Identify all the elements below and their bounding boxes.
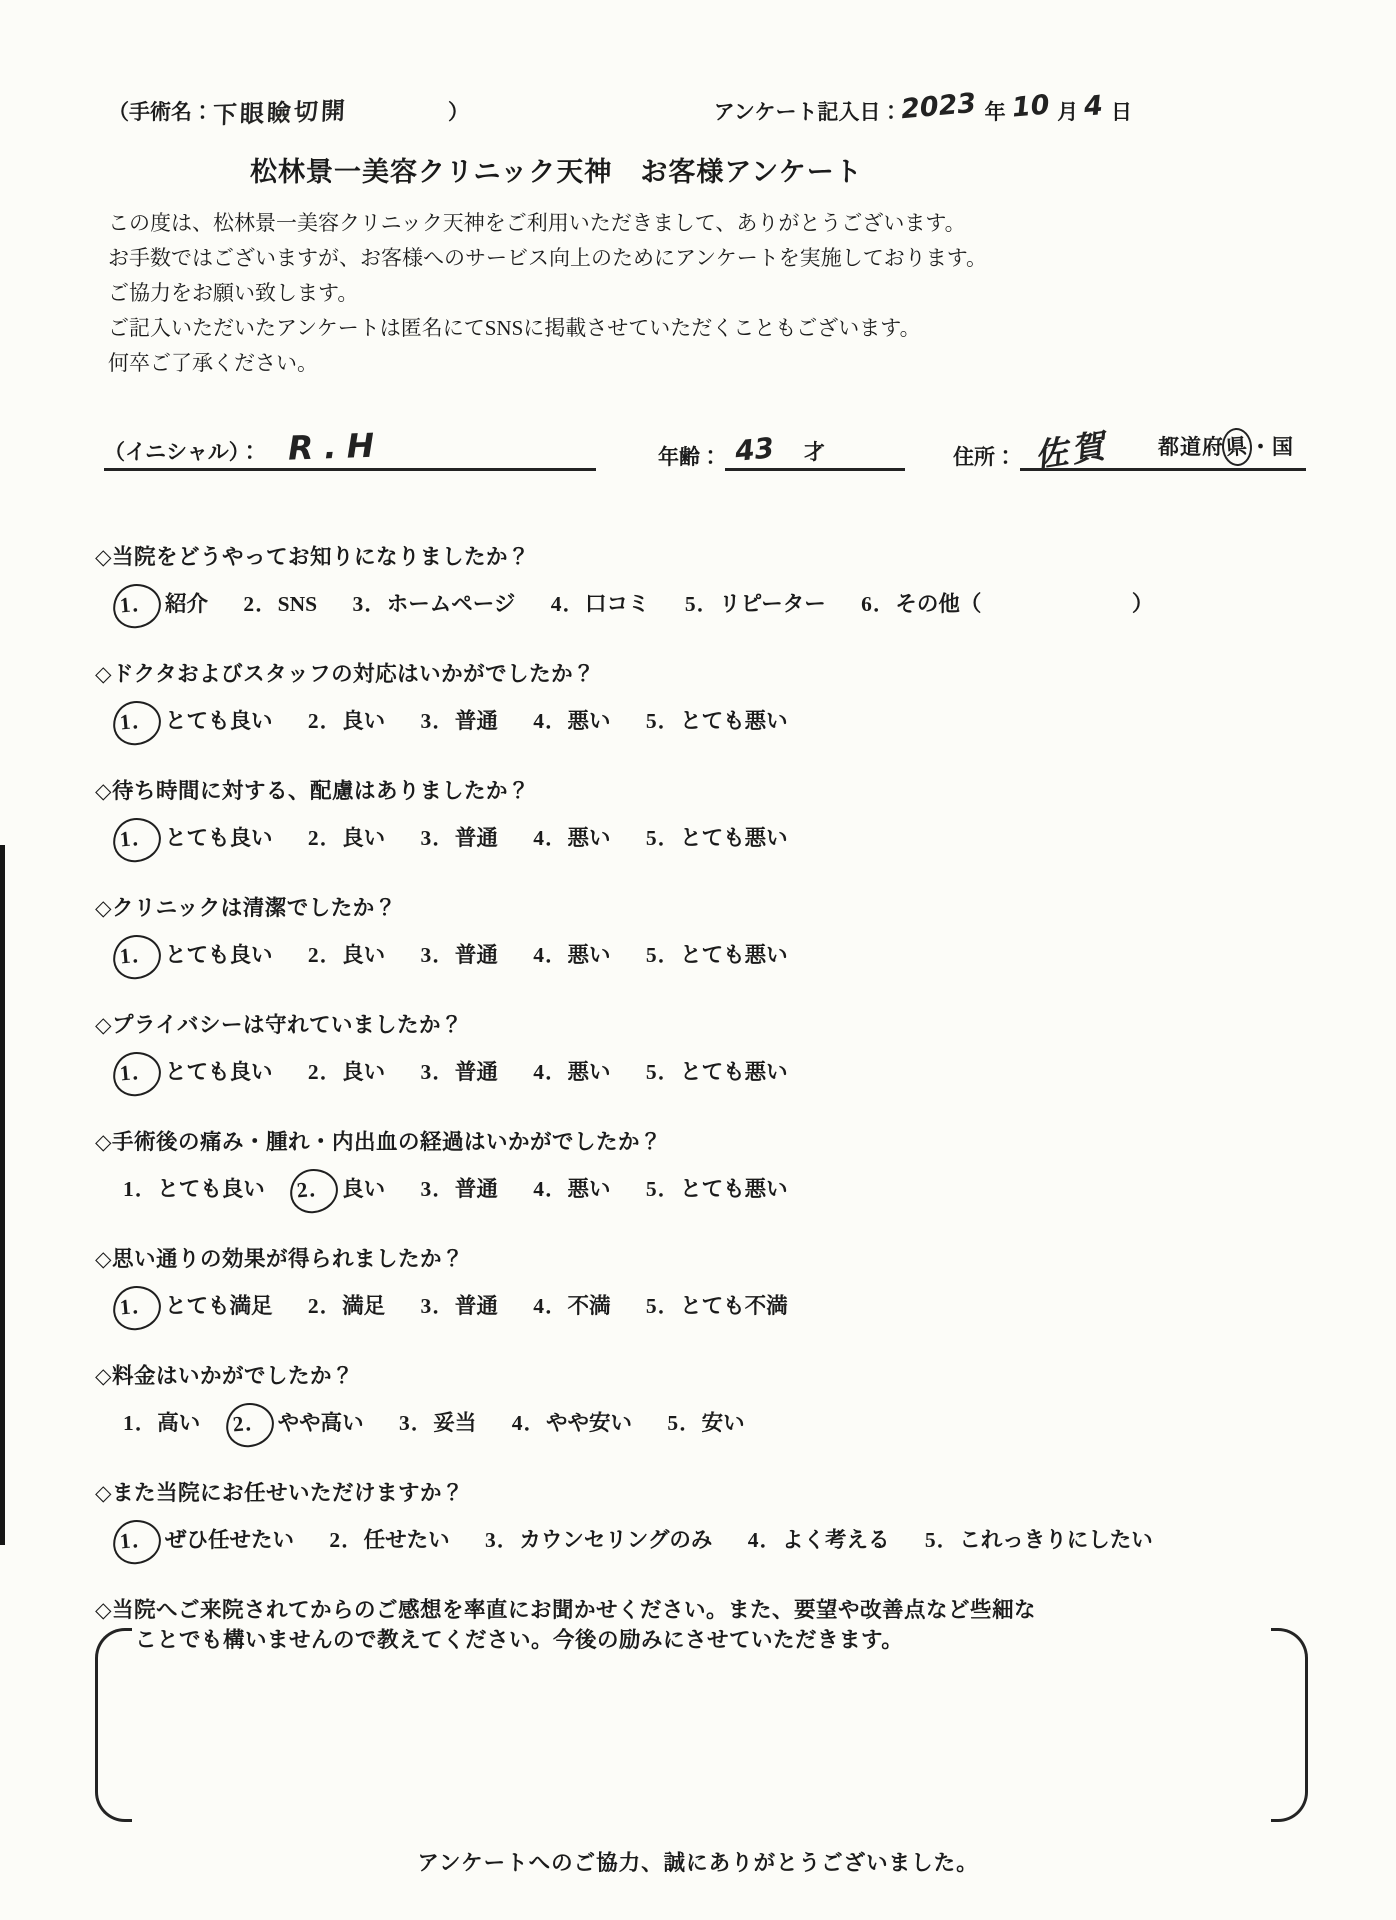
question-prompt: ◇手術後の痛み・腫れ・内出血の経過はいかがでしたか？: [95, 1127, 1336, 1157]
option: 2．満足: [308, 1294, 385, 1318]
survey-document: （手術名： 下眼瞼切開 ） アンケート記入日： 2023 年 10 月 4 日 …: [0, 0, 1396, 1920]
option-label: 妥当: [433, 1411, 476, 1435]
address-label: 住所：: [953, 441, 1016, 471]
question-block-1: ◇当院をどうやってお知りになりましたか？ 1．紹介 2．SNS 3．ホームページ…: [95, 542, 1336, 626]
option-number: 3．: [421, 933, 455, 977]
page-title: 松林景一美容クリニック天神 お客様アンケート: [250, 150, 863, 189]
address-handwritten-value: 佐賀: [1031, 420, 1111, 478]
option: 1．とても良い: [123, 943, 273, 967]
option-number: 3．: [421, 1284, 455, 1328]
option-number: 1．: [111, 816, 163, 864]
option-number: 5．: [646, 1284, 680, 1328]
date-year-unit: 年: [985, 96, 1006, 126]
option-number: 1．: [111, 1050, 163, 1098]
option: 5．とても悪い: [646, 1060, 788, 1084]
intro-paragraph: この度は、松林景一美容クリニック天神をご利用いただきまして、ありがとうございます…: [108, 206, 987, 381]
option: 1．とても良い: [123, 1177, 265, 1201]
survey-date-field: アンケート記入日： 2023 年 10 月 4 日: [714, 96, 1138, 126]
question-prompt: ◇当院をどうやってお知りになりましたか？: [95, 542, 1336, 572]
option-number: 5．: [925, 1518, 959, 1562]
question-block-5: ◇プライバシーは守れていましたか？ 1．とても良い 2．良い 3．普通 4．悪い…: [95, 1010, 1336, 1094]
date-day-unit: 日: [1111, 96, 1132, 126]
option-label: 安い: [702, 1411, 745, 1435]
date-month-unit: 月: [1057, 96, 1078, 126]
option-label: 良い: [342, 1177, 385, 1201]
option-number: 5．: [646, 699, 680, 743]
question-options: 1．ぜひ任せたい 2．任せたい 3．カウンセリングのみ 4．よく考える 5．これ…: [123, 1518, 1336, 1562]
date-day-handwritten: 4: [1083, 90, 1104, 123]
option: 4．悪い: [533, 1177, 610, 1201]
surgery-label-open: （手術名：: [108, 96, 213, 126]
option-number: 2．: [308, 933, 342, 977]
option: 2．良い: [308, 826, 385, 850]
scan-edge-artifact: [0, 845, 5, 1545]
question-options: 1．とても良い 2．良い 3．普通 4．悪い 5．とても悪い: [123, 1050, 1336, 1094]
option: 2．良い: [308, 1060, 385, 1084]
option-number: 1．: [111, 699, 163, 747]
option: 3．普通: [421, 709, 498, 733]
question-block-2: ◇ドクタおよびスタッフの対応はいかがでしたか？ 1．とても良い 2．良い 3．普…: [95, 659, 1336, 743]
option: 4．悪い: [533, 826, 610, 850]
option: 3．普通: [421, 1060, 498, 1084]
surgery-name-field: （手術名： 下眼瞼切開 ）: [108, 96, 469, 128]
option-label: 悪い: [567, 1177, 610, 1201]
comment-question-line1: ◇当院へご来院されてからのご感想を率直にお聞かせください。また、要望や改善点など…: [95, 1595, 1336, 1625]
address-blank: 佐賀 都道府県・国: [1020, 428, 1306, 471]
option: 5．とても悪い: [646, 1177, 788, 1201]
option-number: 2．: [308, 816, 342, 860]
surgery-label-close: ）: [448, 96, 469, 126]
option: 3．ホームページ: [352, 592, 515, 616]
option: 2．良い: [308, 709, 385, 733]
option: 1．ぜひ任せたい: [123, 1528, 294, 1552]
option-number: 1．: [111, 933, 163, 981]
option-number: 2．: [308, 1284, 342, 1328]
option: 2．良い: [308, 943, 385, 967]
option-label: 口コミ: [585, 592, 650, 616]
option-label: とても悪い: [680, 1060, 788, 1084]
option-number: 4．: [533, 816, 567, 860]
option-number: 4．: [551, 582, 585, 626]
option-number: 3．: [421, 1050, 455, 1094]
option-label: とても良い: [165, 826, 273, 850]
question-prompt: ◇料金はいかがでしたか？: [95, 1361, 1336, 1391]
option-label: 普通: [455, 1060, 498, 1084]
option-number: 4．: [533, 699, 567, 743]
question-options: 1．とても良い 2．良い 3．普通 4．悪い 5．とても悪い: [123, 816, 1336, 860]
option-number: 1．: [123, 1401, 157, 1445]
option-label: 悪い: [567, 1060, 610, 1084]
option-label: やや安い: [546, 1411, 632, 1435]
surgery-handwritten-value: 下眼瞼切開: [212, 91, 348, 131]
option: 3．普通: [421, 1177, 498, 1201]
option-label: とても良い: [165, 1060, 273, 1084]
intro-line: お手数ではございますが、お客様へのサービス向上のためにアンケートを実施しておりま…: [108, 241, 987, 276]
option-label: よく考える: [782, 1528, 890, 1552]
surgery-blank: 下眼瞼切開: [213, 96, 448, 128]
address-field: 住所： 佐賀 都道府県・国: [953, 428, 1306, 471]
option-number: 2．: [288, 1167, 340, 1215]
option: 4．やや安い: [512, 1411, 632, 1435]
age-blank: 43 才: [725, 436, 905, 471]
option-label: とても悪い: [680, 943, 788, 967]
left-bracket: [95, 1628, 132, 1822]
option-number: 1．: [111, 582, 163, 630]
option: 2．良い: [300, 1177, 385, 1201]
option-label: 普通: [455, 826, 498, 850]
option-label: カウンセリングのみ: [519, 1528, 712, 1552]
option-number: 4．: [512, 1401, 546, 1445]
option-label: 悪い: [567, 826, 610, 850]
option: 4．悪い: [533, 943, 610, 967]
option-number: 6．: [861, 582, 895, 626]
right-bracket: [1271, 1628, 1308, 1822]
question-block-7: ◇思い通りの効果が得られましたか？ 1．とても満足 2．満足 3．普通 4．不満…: [95, 1244, 1336, 1328]
option-number: 5．: [685, 582, 719, 626]
option: 1．とても良い: [123, 1060, 273, 1084]
option-label: SNS: [278, 592, 317, 616]
option: 1．とても満足: [123, 1294, 273, 1318]
option-label: 満足: [342, 1294, 385, 1318]
option: 5．リピーター: [685, 592, 826, 616]
option-number: 4．: [533, 1167, 567, 1211]
question-options: 1．とても良い 2．良い 3．普通 4．悪い 5．とても悪い: [123, 699, 1336, 743]
option-label: 悪い: [567, 709, 610, 733]
age-unit: 才: [804, 436, 825, 466]
option-label: 良い: [342, 826, 385, 850]
question-options: 1．とても良い 2．良い 3．普通 4．悪い 5．とても悪い: [123, 1167, 1336, 1211]
option: 1．とても良い: [123, 709, 273, 733]
date-month-handwritten: 10: [1010, 89, 1050, 123]
option-number: 5．: [646, 816, 680, 860]
option: 4．悪い: [533, 1060, 610, 1084]
option-label: 紹介: [165, 592, 208, 616]
question-block-9: ◇また当院にお任せいただけますか？ 1．ぜひ任せたい 2．任せたい 3．カウンセ…: [95, 1478, 1336, 1562]
question-prompt: ◇ドクタおよびスタッフの対応はいかがでしたか？: [95, 659, 1336, 689]
option-label: とても良い: [165, 943, 273, 967]
date-label: アンケート記入日：: [714, 96, 902, 126]
date-year-handwritten: 2023: [900, 88, 978, 125]
option-number: 2．: [308, 699, 342, 743]
option-number: 4．: [533, 1284, 567, 1328]
option-label: 不満: [567, 1294, 610, 1318]
option-label: 普通: [455, 1294, 498, 1318]
option-label: ホームページ: [387, 592, 516, 616]
option-number: 2．: [243, 582, 277, 626]
option-number: 2．: [308, 1050, 342, 1094]
option-label: 良い: [342, 943, 385, 967]
option-number: 5．: [646, 933, 680, 977]
option-label: 良い: [342, 1060, 385, 1084]
option-number: 4．: [748, 1518, 782, 1562]
option-number: 3．: [421, 699, 455, 743]
option-label: 任せたい: [364, 1528, 450, 1552]
profile-row: （イニシャル）： R.H 年齢： 43 才 住所： 佐賀 都道府県・国: [104, 428, 1306, 471]
age-handwritten-value: 43: [733, 431, 775, 468]
option-label: とても良い: [157, 1177, 265, 1201]
option: 1．高い: [123, 1411, 200, 1435]
option-label: 普通: [455, 943, 498, 967]
option-label: とても悪い: [680, 1177, 788, 1201]
option: 4．口コミ: [551, 592, 650, 616]
option-number: 4．: [533, 933, 567, 977]
option: 4．不満: [533, 1294, 610, 1318]
option-label: これっきりにしたい: [959, 1528, 1153, 1552]
option-number: 3．: [421, 1167, 455, 1211]
option-number: 1．: [123, 1167, 157, 1211]
option-label: とても悪い: [680, 826, 788, 850]
option-label: とても不満: [680, 1294, 788, 1318]
option: 5．とても悪い: [646, 943, 788, 967]
option-number: 2．: [224, 1401, 276, 1449]
option: 2．SNS: [243, 592, 317, 616]
question-prompt: ◇クリニックは清潔でしたか？: [95, 893, 1336, 923]
option-number: 5．: [646, 1167, 680, 1211]
question-block-6: ◇手術後の痛み・腫れ・内出血の経過はいかがでしたか？ 1．とても良い 2．良い …: [95, 1127, 1336, 1211]
option: 3．カウンセリングのみ: [485, 1528, 712, 1552]
intro-line: ご協力をお願い致します。: [108, 276, 987, 311]
option: 1．とても良い: [123, 826, 273, 850]
option-label: ぜひ任せたい: [165, 1528, 294, 1552]
option-number: 1．: [111, 1518, 163, 1566]
option: 5．とても不満: [646, 1294, 788, 1318]
option-number: 5．: [667, 1401, 701, 1445]
region-circled-kanji: 県: [1221, 427, 1254, 467]
option-number: 2．: [329, 1518, 363, 1562]
age-field: 年齢： 43 才: [658, 436, 905, 471]
option: 3．普通: [421, 1294, 498, 1318]
question-prompt: ◇思い通りの効果が得られましたか？: [95, 1244, 1336, 1274]
option: 5．とても悪い: [646, 709, 788, 733]
option: 3．普通: [421, 943, 498, 967]
question-options: 1．とても良い 2．良い 3．普通 4．悪い 5．とても悪い: [123, 933, 1336, 977]
question-prompt: ◇また当院にお任せいただけますか？: [95, 1478, 1336, 1508]
option-label: 普通: [455, 709, 498, 733]
option: 2．任せたい: [329, 1528, 449, 1552]
option: 4．悪い: [533, 709, 610, 733]
option-label: 高い: [157, 1411, 200, 1435]
question-list: ◇当院をどうやってお知りになりましたか？ 1．紹介 2．SNS 3．ホームページ…: [95, 542, 1336, 1688]
option-label: リピーター: [719, 592, 826, 616]
option: 6．その他（ ）: [861, 592, 1153, 616]
option-label: 普通: [455, 1177, 498, 1201]
option: 3．普通: [421, 826, 498, 850]
option: 3．妥当: [399, 1411, 476, 1435]
question-options: 1．とても満足 2．満足 3．普通 4．不満 5．とても不満: [123, 1284, 1336, 1328]
option: 1．紹介: [123, 592, 208, 616]
option-number: 4．: [533, 1050, 567, 1094]
option-label: やや高い: [278, 1411, 364, 1435]
question-options: 1．紹介 2．SNS 3．ホームページ 4．口コミ 5．リピーター 6．その他（…: [123, 582, 1336, 626]
question-block-8: ◇料金はいかがでしたか？ 1．高い 2．やや高い 3．妥当 4．やや安い 5．安…: [95, 1361, 1336, 1445]
option-number: 3．: [485, 1518, 519, 1562]
initial-field: （イニシャル）： R.H: [104, 435, 596, 471]
option: 2．やや高い: [236, 1411, 364, 1435]
header-row: （手術名： 下眼瞼切開 ） アンケート記入日： 2023 年 10 月 4 日: [108, 96, 1138, 128]
age-label: 年齢：: [658, 441, 721, 471]
question-prompt: ◇プライバシーは守れていましたか？: [95, 1010, 1336, 1040]
question-options: 1．高い 2．やや高い 3．妥当 4．やや安い 5．安い: [123, 1401, 1336, 1445]
initial-handwritten-value: R.H: [288, 425, 385, 467]
question-block-3: ◇待ち時間に対する、配慮はありましたか？ 1．とても良い 2．良い 3．普通 4…: [95, 776, 1336, 860]
option: 5．安い: [667, 1411, 744, 1435]
initial-label: （イニシャル）：: [104, 436, 260, 466]
option-number: 3．: [352, 582, 386, 626]
option-label: とても悪い: [680, 709, 788, 733]
option-label: 良い: [342, 709, 385, 733]
region-label: 都道府県・国: [1158, 428, 1294, 466]
option-number: 3．: [421, 816, 455, 860]
intro-line: 何卒ご了承ください。: [108, 346, 987, 381]
option-label: とても満足: [165, 1294, 273, 1318]
option-number: 1．: [111, 1284, 163, 1332]
question-block-4: ◇クリニックは清潔でしたか？ 1．とても良い 2．良い 3．普通 4．悪い 5．…: [95, 893, 1336, 977]
option-label: とても良い: [165, 709, 273, 733]
intro-line: この度は、松林景一美容クリニック天神をご利用いただきまして、ありがとうございます…: [108, 206, 987, 241]
comment-area: [95, 1628, 1308, 1816]
option-number: 5．: [646, 1050, 680, 1094]
option: 5．これっきりにしたい: [925, 1528, 1153, 1552]
option-number: 3．: [399, 1401, 433, 1445]
region-post: ・国: [1250, 435, 1294, 459]
region-pre: 都道府: [1158, 435, 1224, 459]
intro-line: ご記入いただいたアンケートは匿名にてSNSに掲載させていただくこともございます。: [108, 311, 987, 346]
option-label: 悪い: [567, 943, 610, 967]
option: 4．よく考える: [748, 1528, 890, 1552]
option-label: その他（ ）: [895, 592, 1153, 616]
option: 5．とても悪い: [646, 826, 788, 850]
footer-thanks: アンケートへのご協力、誠にありがとうございました。: [0, 1846, 1396, 1877]
question-prompt: ◇待ち時間に対する、配慮はありましたか？: [95, 776, 1336, 806]
